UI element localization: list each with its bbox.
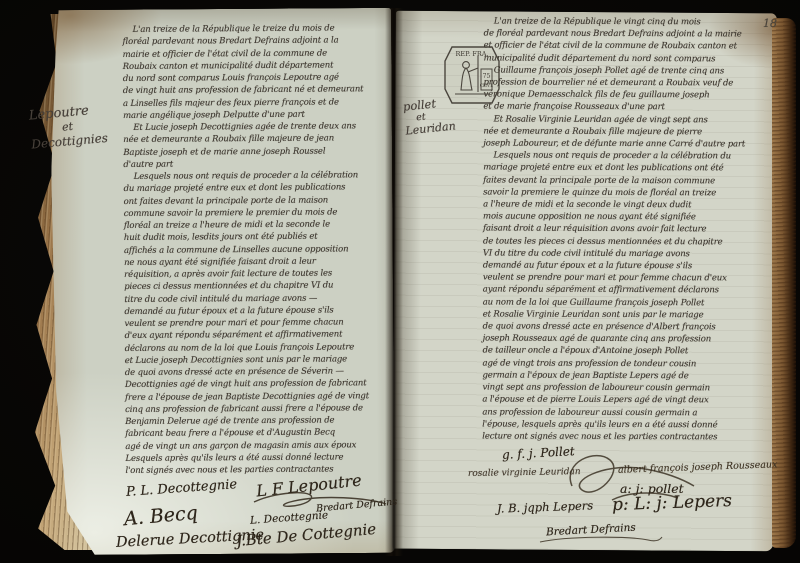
manuscript-line: l'épouse, lesquels après qu'ils leurs en… — [482, 418, 776, 431]
manuscript-line: veulent se prendre pour mari et pour fem… — [483, 272, 777, 285]
manuscript-line: Et Rosalie Virginie Leuridan agée de vin… — [483, 113, 777, 126]
manuscript-line: au nom de la loi que Guillaume françois … — [483, 296, 777, 309]
signature-flourish — [250, 488, 390, 512]
manuscript-line: vingt sept ans profession de laboureur c… — [482, 382, 776, 395]
manuscript-line: de vingt huit ans profession de fabrican… — [123, 83, 393, 97]
manuscript-line: joseph Laboureur, et de défunte marie an… — [483, 138, 777, 151]
manuscript-line: lecture ont signés avec nous et les part… — [482, 430, 776, 443]
manuscript-line: ans profession de laboureur aussi cousin… — [482, 406, 776, 419]
manuscript-line: mois aucune opposition ne nous ayant été… — [483, 211, 777, 224]
manuscript-line: agé de vingt trois ans profession de ton… — [483, 357, 777, 370]
manuscript-line: Decottignies agé de vingt huit ans profe… — [125, 377, 395, 391]
manuscript-line: et de marie françoise Rousseaux d'une pa… — [483, 101, 777, 114]
manuscript-line: agé de vingt un ans garçon de magasin am… — [125, 439, 395, 453]
left-page-body-text: L'an treize de la République le treize d… — [122, 22, 395, 477]
manuscript-line: L'an treize de la République le vingt ci… — [484, 15, 778, 28]
manuscript-line: joseph Rousseaux agé de quarante cinq an… — [483, 333, 777, 346]
manuscript-line: a l'épouse et de pierre Louis Lepers agé… — [482, 394, 776, 407]
manuscript-line: de tailleur oncle a l'époux d'Antoine jo… — [483, 345, 777, 358]
signature-underline-flourish — [538, 534, 664, 546]
manuscript-line: ayant répondu séparément et affirmativem… — [483, 284, 777, 297]
manuscript-line: cinq ans profession de fabricant aussi f… — [125, 402, 395, 416]
manuscript-line: faisant droit a leur réquisition avons a… — [483, 223, 777, 236]
manuscript-line: Lesquels nous ont requis de proceder a l… — [483, 150, 777, 163]
left-margin-note: Lepoutre et Decottignies — [28, 100, 135, 152]
manuscript-line: née et demeurante a Roubaix fille majeur… — [483, 125, 777, 138]
right-page-body-text: L'an treize de la République le vingt ci… — [482, 15, 777, 443]
manuscript-line: véronique Demaesschalck fils de feu guil… — [483, 89, 777, 102]
signature-paraph-flourish — [552, 446, 698, 508]
manuscript-line: profession de bourrelier né et demeurant… — [483, 77, 777, 90]
manuscript-line: germain a l'époux de jean Baptiste Leper… — [482, 369, 776, 382]
manuscript-line: a l'heure de midi et la seconde le vingt… — [483, 199, 777, 212]
manuscript-line: Et Lucie joseph Decottignies agée de tre… — [123, 120, 393, 134]
manuscript-line: et Rosalie Virginie Leuridan sont unis p… — [483, 308, 777, 321]
manuscript-line: demandé au futur époux et a la future ép… — [483, 260, 777, 273]
manuscript-line: de toutes les pieces ci dessus mentionné… — [483, 235, 777, 248]
manuscript-line: municipalité dudit département du nord s… — [484, 52, 778, 65]
manuscript-line: savoir la premiere le quinze du mois de … — [483, 186, 777, 199]
manuscript-line: VI du titre du code civil intitulé du ma… — [483, 247, 777, 260]
manuscript-line: faites devant la principale porte de la … — [483, 174, 777, 187]
manuscript-line: mariage projeté entre eux et dont les pu… — [483, 162, 777, 175]
manuscript-line: de floréal pardevant nous Bredart Defrai… — [484, 28, 778, 41]
manuscript-line: et officier de l'état civil de la commun… — [484, 40, 778, 53]
manuscript-line: Lesquels nous ont requis de proceder a l… — [123, 169, 393, 183]
photo-of-register-book: Lepoutre et Decottignies L'an treize de … — [0, 0, 800, 563]
manuscript-line: Guillaume françois joseph Pollet agé de … — [484, 64, 778, 77]
manuscript-line: de quoi avons dressé acte en présence d'… — [483, 321, 777, 334]
